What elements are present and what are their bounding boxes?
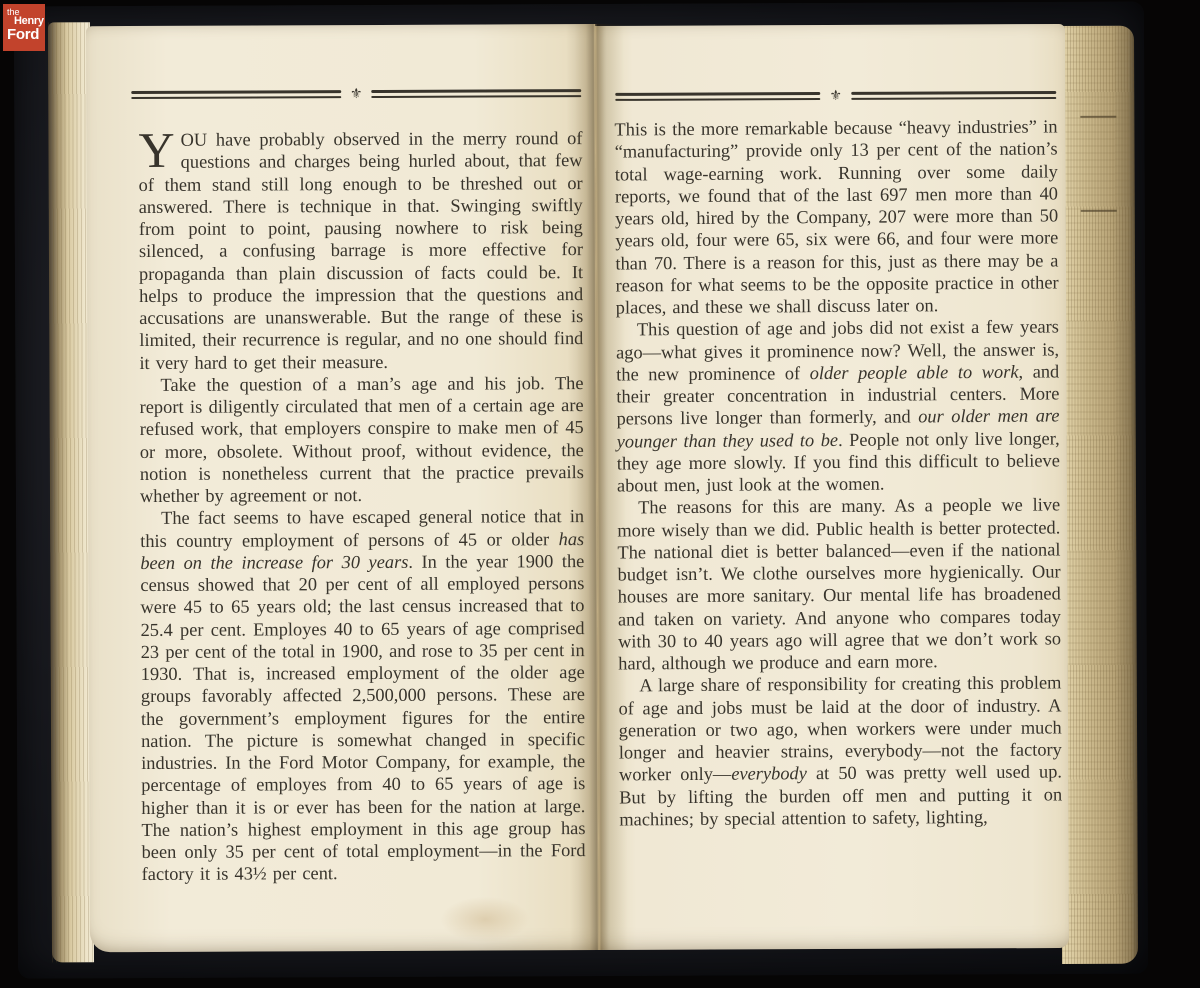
ornament-rule-thin [851,97,1056,99]
ornament-rule [372,89,582,97]
text-run: The reasons for this are many. As a peop… [617,495,1061,674]
ornament-rule-thin [372,95,582,97]
text-run: Take the question of a man’s age and his… [140,373,584,506]
right-page-text: This is the more remarkable because “hea… [614,115,1062,830]
header-ornament-left: ⚜ [131,86,581,102]
fore-edge-mark [1080,116,1116,118]
paragraph: This question of age and jobs did not ex… [616,316,1060,497]
ornament-rule-thick [851,91,1056,95]
right-page: ⚜ This is the more remarkable because “h… [595,24,1069,950]
fore-edge-mark [1081,210,1117,212]
book: ⚜ YOU have probably observed in the merr… [0,0,1200,988]
ornament-rule [615,92,820,100]
text-run: The fact seems to have escaped general n… [140,506,584,550]
text-run: OU have probably observed in the merry r… [139,128,584,372]
paragraph: The fact seems to have escaped general n… [140,505,586,885]
left-page: ⚜ YOU have probably observed in the merr… [86,24,599,952]
ornament-rule-thick [131,90,341,94]
fore-edge-page-stack [1058,26,1138,964]
photo-background: ⚜ YOU have probably observed in the merr… [0,0,1200,988]
header-ornament-right: ⚜ [615,88,1056,104]
paragraph: A large share of responsibility for crea… [618,672,1062,831]
ornament-rule-thick [615,92,820,96]
ornament-rule-thick [372,89,582,93]
italic-text-run: everybody [731,763,807,784]
italic-text-run: older people able to work [810,361,1019,382]
logo-text-ford: Ford [7,27,45,42]
ornament-rule [851,91,1056,99]
paragraph: The reasons for this are many. As a peop… [617,494,1061,675]
paragraph: Take the question of a man’s age and his… [139,372,584,507]
fleur-de-lis-icon: ⚜ [350,87,363,101]
paragraph: YOU have probably observed in the merry … [138,127,583,374]
left-page-text: YOU have probably observed in the merry … [138,127,585,885]
henry-ford-logo: the Henry Ford [3,4,45,51]
ornament-rule [131,90,341,98]
drop-cap: Y [138,129,180,172]
paragraph: This is the more remarkable because “hea… [614,115,1058,318]
page-stain [440,896,530,942]
ornament-rule-thin [615,98,820,100]
text-run: This is the more remarkable because “hea… [614,116,1058,317]
fleur-de-lis-icon: ⚜ [829,89,842,103]
ornament-rule-thin [131,96,341,98]
text-run: . In the year 1900 the census showed tha… [140,551,585,884]
